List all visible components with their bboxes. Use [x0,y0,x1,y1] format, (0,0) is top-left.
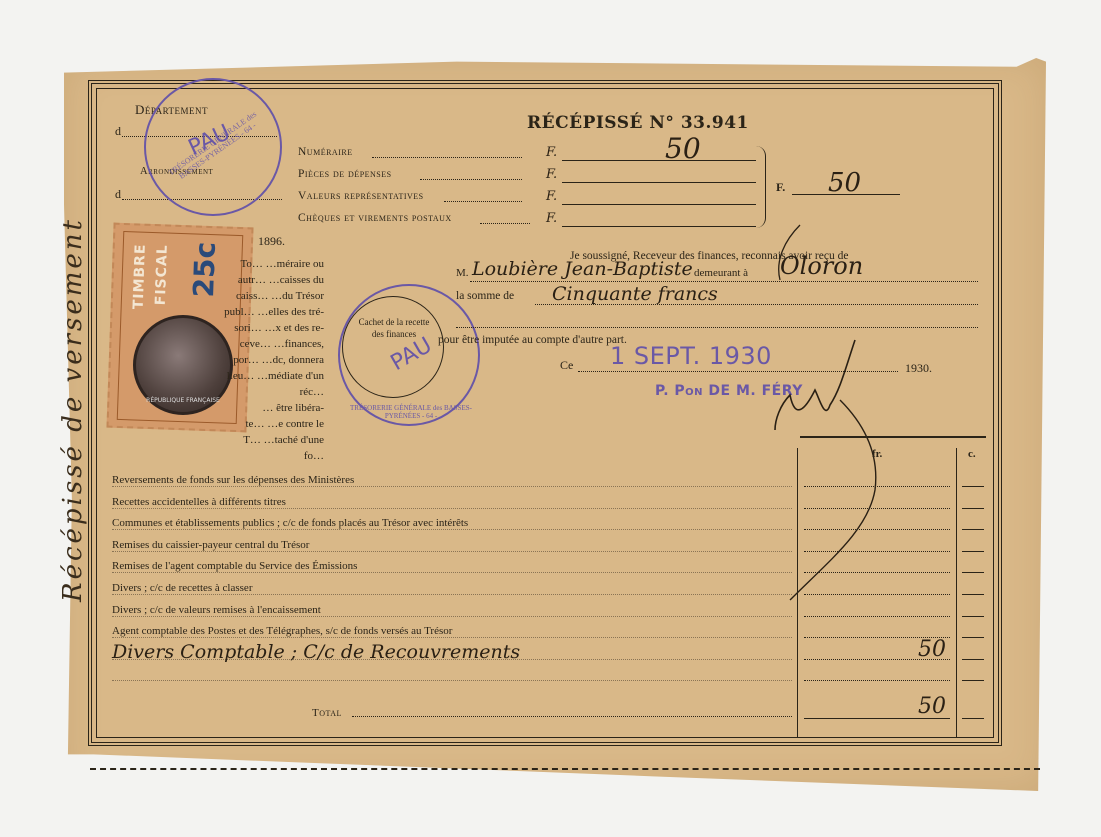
stamp-ring-text: TRÉSORERIE GÉNÉRALE des BASSES-PYRÉNÉES … [344,404,478,420]
notice-line: To… …méraire ou [112,256,324,272]
ledger-c-field [962,594,984,595]
notice-line: caiss… …du Trésor [112,288,324,304]
notice-paragraph: To… …méraire ou autr… …caisses du caiss…… [112,256,324,464]
ledger-fr-field [804,594,950,595]
ledger-c-field [962,659,984,660]
ledger-row-label: Reversements de fonds sur les dépenses d… [112,474,354,486]
payer-prefix: M. [456,267,469,279]
date-prefix: Ce [560,358,573,373]
ledger-fr-field [804,508,950,509]
notice-line: … être libéra- [112,400,324,416]
ledger-c-field [962,529,984,530]
column-header-centimes: c. [968,448,976,460]
ledger-top-rule [800,436,986,438]
arrondissement-prefix: d [115,187,121,202]
notice-line: ceve… …finances, [112,336,324,352]
ledger-c-field [962,616,984,617]
ledger-row-label: Communes et établissements publics ; c/c… [112,517,468,529]
signature-scrawl [600,220,900,620]
sum-prefix: la somme de [456,290,514,302]
ledger-c-field [962,572,984,573]
ledger-row-leader [112,594,792,595]
total-c-field [962,718,984,719]
notice-line: por… …dc, donnera [112,352,324,368]
leader-dots [372,157,522,158]
notice-line: lieu… …médiate d'un [112,368,324,384]
ledger-row-label: Recettes accidentelles à différents titr… [112,496,286,508]
ledger-row-leader [112,529,792,530]
field-numeraire [562,160,756,161]
ledger-c-field [962,680,984,681]
imputation-text: pour être imputée au compte d'autre part… [438,334,627,346]
value-numeraire: 50 [665,132,701,165]
notice-line: te… …e contre le [112,416,324,432]
treasury-stamp-cachet: Cachet de la recette des finances PAU TR… [338,284,480,426]
payment-label-valeurs: Valeurs représentatives [298,190,424,202]
year-reference: 1896. [258,234,285,249]
total-currency: F. [776,180,785,195]
total-fr-value: 50 [918,694,946,719]
perforation-line [90,768,1040,770]
receipt-title: RÉCÉPISSÉ N° 33.941 [527,113,749,133]
notice-line: autr… …caisses du [112,272,324,288]
ledger-row-leader [112,680,792,681]
ledger-fr-field [804,616,950,617]
total-leader [352,716,792,717]
ledger-row-label: Remises de l'agent comptable du Service … [112,560,357,572]
stamp-ring-text: TRÉSORERIE GÉNÉRALE des BASSES-PYRÉNÉES … [158,103,272,190]
field-valeurs [562,204,756,205]
currency-numeraire: F. [546,145,557,160]
ledger-row-leader [112,486,792,487]
ledger-row-label: Divers ; c/c de valeurs remises à l'enca… [112,604,321,616]
notice-line: réc… [112,384,324,400]
ledger-row-label: Remises du caissier-payeur central du Tr… [112,539,309,551]
leader-dots [420,179,522,180]
column-header-francs: fr. [872,448,882,460]
ledger-c-field [962,637,984,638]
ledger-fr-field [804,486,950,487]
year-suffix: 1930. [905,361,932,376]
ledger-col-divider [797,448,798,738]
bracket [755,146,766,228]
treasury-stamp-top: PAU TRÉSORERIE GÉNÉRALE des BASSES-PYRÉN… [144,78,282,216]
ledger-c-field [962,551,984,552]
ledger-row-leader [112,551,792,552]
ledger-c-field [962,508,984,509]
payment-label-numeraire: Numéraire [298,146,353,158]
ledger-row-leader [112,508,792,509]
total-bracket-value: 50 [828,168,861,198]
ledger-fr-value: 50 [918,637,946,662]
notice-line: publ… …elles des tré- [112,304,324,320]
field-pieces [562,182,756,183]
ledger-row-leader [112,616,792,617]
ledger-c-field [962,486,984,487]
payment-label-cheques: Chèques et virements postaux [298,212,452,224]
ledger-fr-field [804,551,950,552]
notice-line: sori… …x et des re- [112,320,324,336]
currency-pieces: F. [546,167,557,182]
ledger-fr-field [804,572,950,573]
leader-dots [480,223,530,224]
notice-line: fo… [112,448,324,464]
ledger-row-label: Agent comptable des Postes et des Télégr… [112,625,452,637]
currency-cheques: F. [546,211,557,226]
notice-line: T… …taché d'une [112,432,324,448]
department-prefix: d [115,124,121,139]
payment-label-pieces: Pièces de dépenses [298,168,392,180]
ledger-row-leader [112,637,792,638]
ledger-fr-field [804,529,950,530]
ledger-row-leader [112,659,792,660]
ledger-fr-field [804,680,950,681]
ledger-col-divider [956,448,957,738]
ledger-row-label: Divers ; c/c de recettes à classer [112,582,252,594]
total-label: Total [312,707,342,719]
leader-dots [444,201,522,202]
currency-valeurs: F. [546,189,557,204]
ledger-row-leader [112,572,792,573]
